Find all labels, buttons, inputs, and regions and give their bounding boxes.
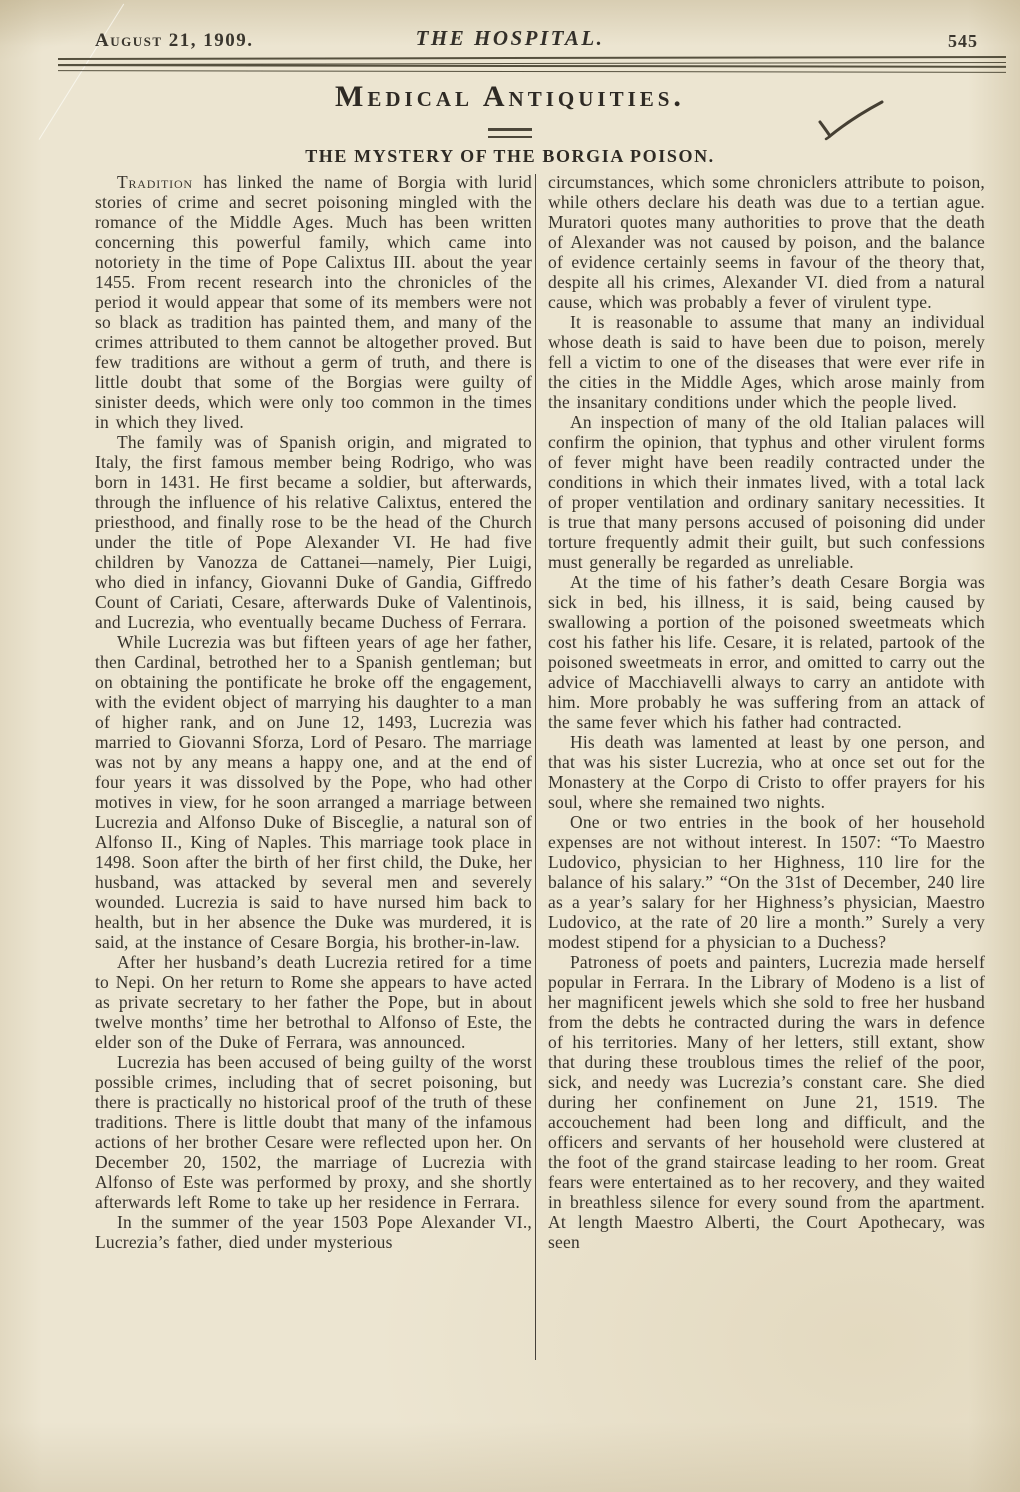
paragraph: It is reasonable to assume that many an … (548, 312, 985, 412)
page-number: 545 (948, 31, 978, 52)
paragraph: While Lucrezia was but fifteen years of … (95, 632, 532, 952)
paragraph: Tradition has linked the name of Borgia … (95, 172, 532, 432)
article-column-left: Tradition has linked the name of Borgia … (95, 172, 532, 1252)
paragraph: At the time of his father’s death Cesare… (548, 572, 985, 732)
journal-title: THE HOSPITAL. (0, 26, 1020, 51)
header-rule-bottom (58, 64, 1006, 73)
paragraph: circumstances, which some chroniclers at… (548, 172, 985, 312)
article-column-right: circumstances, which some chroniclers at… (548, 172, 985, 1252)
paragraph: Patroness of poets and painters, Lucrezi… (548, 952, 985, 1252)
section-title: Medical Antiquities. (0, 80, 1020, 114)
paragraph: Lucrezia has been accused of being guilt… (95, 1052, 532, 1212)
paragraph: An inspection of many of the old Italian… (548, 412, 985, 572)
article-title: THE MYSTERY OF THE BORGIA POISON. (0, 146, 1020, 167)
paragraph-lead-word: Tradition (117, 172, 203, 192)
page-fold-crease (0, 0, 124, 140)
paragraph: After her husband’s death Lucrezia retir… (95, 952, 532, 1052)
column-divider-rule (535, 174, 536, 1360)
paragraph: The family was of Spanish origin, and mi… (95, 432, 532, 632)
paragraph: His death was lamented at least by one p… (548, 732, 985, 812)
section-title-divider (488, 128, 532, 138)
scanned-journal-page: August 21, 1909. THE HOSPITAL. 545 Medic… (0, 0, 1020, 1492)
header-rule-top (58, 56, 1006, 65)
paragraph: One or two entries in the book of her ho… (548, 812, 985, 952)
paragraph: In the summer of the year 1503 Pope Alex… (95, 1212, 532, 1252)
